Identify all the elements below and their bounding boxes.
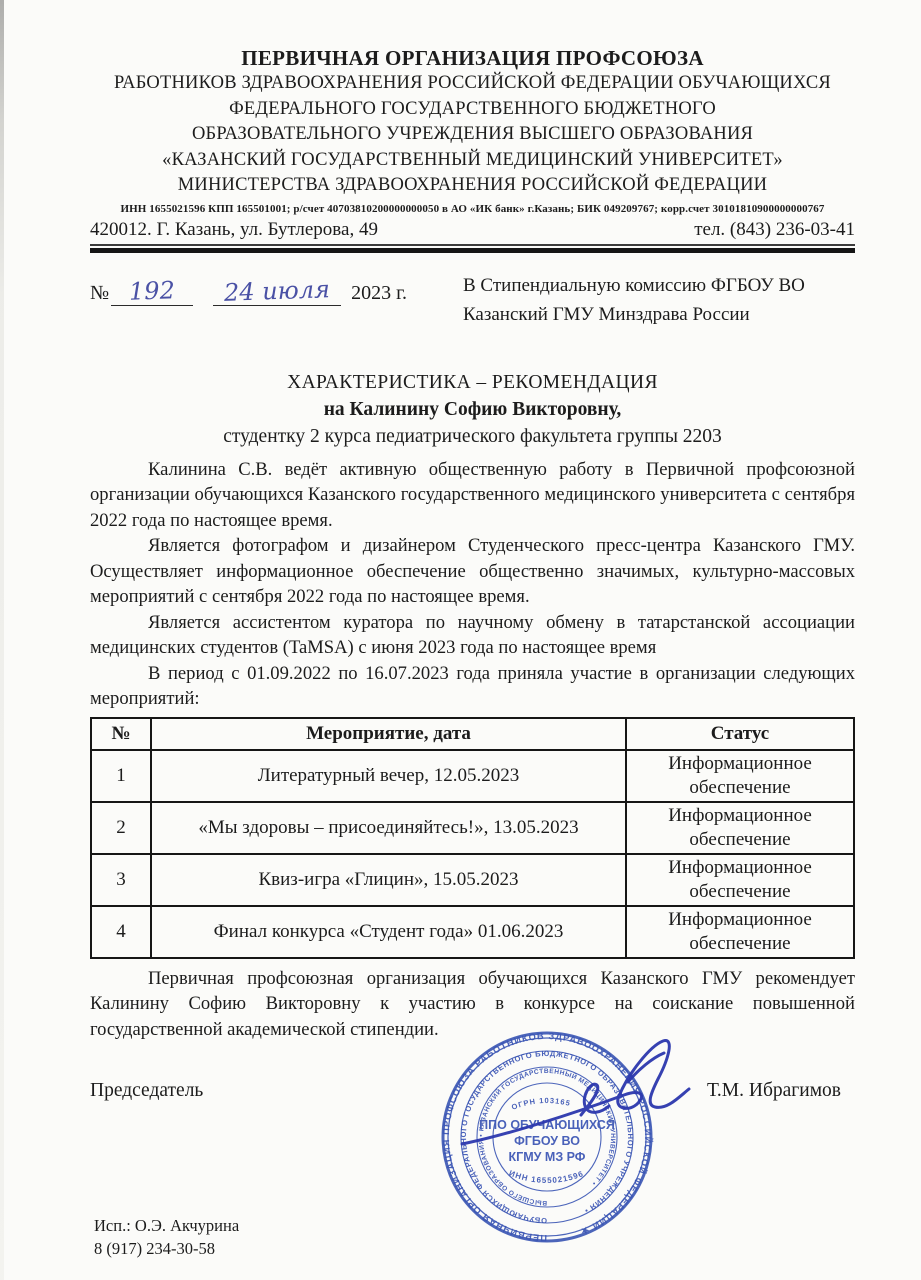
addressee-line1: В Стипендиальную комиссию ФГБОУ ВО — [463, 271, 855, 300]
stamp-middle-ring-text: ОБУЧАЮЩИХСЯ ФЕДЕРАЛЬНОГО ГОСУДАРСТВЕННОГ… — [459, 1049, 635, 1225]
svg-text:ВЫСШЕГО ОБРАЗОВАНИЯ • КАЗАНСКИ: ВЫСШЕГО ОБРАЗОВАНИЯ • КАЗАНСКИЙ ГОСУДАРС… — [478, 1068, 617, 1206]
stamp-outer-ring-text: ПЕРВИЧНАЯ ОРГАНИЗАЦИЯ ПРОФСОЮЗА РАБОТНИК… — [441, 1031, 654, 1243]
org-name-line5: «КАЗАНСКИЙ ГОСУДАРСТВЕННЫЙ МЕДИЦИНСКИЙ У… — [90, 148, 855, 174]
row3-status: Информационное обеспечение — [626, 854, 854, 906]
org-name-line6: МИНИСТЕРСТВА ЗДРАВООХРАНЕНИЯ РОССИЙСКОЙ … — [90, 173, 855, 199]
meta-row: №19224 июля2023 г. В Стипендиальную коми… — [90, 271, 855, 329]
round-stamp: ПЕРВИЧНАЯ ОРГАНИЗАЦИЯ ПРОФСОЮЗА РАБОТНИК… — [432, 1022, 742, 1262]
row1-event: Литературный вечер, 12.05.2023 — [151, 750, 626, 802]
events-table: № Мероприятие, дата Статус 1 Литературны… — [90, 717, 855, 959]
doc-date-handwritten: 24 июля — [224, 275, 331, 307]
paragraph-2: Является фотографом и дизайнером Студенч… — [90, 533, 855, 610]
title-line3: студентку 2 курса педиатрического факуль… — [90, 423, 855, 450]
signer-name: Т.М. Ибрагимов — [707, 1080, 841, 1102]
doc-year: 2023 г. — [351, 282, 407, 304]
number-prefix: № — [90, 282, 109, 304]
row2-number: 2 — [91, 802, 151, 854]
addressee-block: В Стипендиальную комиссию ФГБОУ ВО Казан… — [463, 271, 855, 329]
org-name-line1: ПЕРВИЧНАЯ ОРГАНИЗАЦИЯ ПРОФСОЮЗА — [90, 46, 855, 71]
executor-name: Исп.: О.Э. Акчурина — [94, 1214, 239, 1237]
row2-status: Информационное обеспечение — [626, 802, 854, 854]
title-line1: ХАРАКТЕРИСТИКА – РЕКОМЕНДАЦИЯ — [90, 369, 855, 396]
table-row: 3 Квиз-игра «Глицин», 15.05.2023 Информа… — [91, 854, 854, 906]
doc-number-group: №19224 июля2023 г. — [90, 271, 407, 329]
executor-phone: 8 (917) 234-30-58 — [94, 1237, 239, 1260]
row1-status: Информационное обеспечение — [626, 750, 854, 802]
paragraph-4: В период с 01.09.2022 по 16.07.2023 года… — [90, 661, 855, 712]
letterhead: ПЕРВИЧНАЯ ОРГАНИЗАЦИЯ ПРОФСОЮЗА РАБОТНИК… — [90, 46, 855, 253]
org-phone: тел. (843) 236-03-41 — [694, 218, 855, 241]
org-name-line2: РАБОТНИКОВ ЗДРАВООХРАНЕНИЯ РОССИЙСКОЙ ФЕ… — [90, 71, 855, 97]
bank-requisites: ИНН 1655021596 КПП 165501001; р/счет 407… — [90, 202, 855, 216]
svg-text:ИНН 1655021596: ИНН 1655021596 — [508, 1169, 585, 1185]
executor-footer: Исп.: О.Э. Акчурина 8 (917) 234-30-58 — [94, 1214, 239, 1260]
document-title: ХАРАКТЕРИСТИКА – РЕКОМЕНДАЦИЯ на Калинин… — [90, 369, 855, 450]
stamp-inn-text: ИНН 1655021596 — [508, 1169, 585, 1185]
header-status: Статус — [626, 718, 854, 750]
svg-text:ОБУЧАЮЩИХСЯ ФЕДЕРАЛЬНОГО ГОСУД: ОБУЧАЮЩИХСЯ ФЕДЕРАЛЬНОГО ГОСУДАРСТВЕННОГ… — [459, 1049, 635, 1225]
row4-event: Финал конкурса «Студент года» 01.06.2023 — [151, 906, 626, 958]
org-name-line3: ФЕДЕРАЛЬНОГО ГОСУДАРСТВЕННОГО БЮДЖЕТНОГО — [90, 97, 855, 123]
table-row: 4 Финал конкурса «Студент года» 01.06.20… — [91, 906, 854, 958]
stamp-inner-ring-text: ВЫСШЕГО ОБРАЗОВАНИЯ • КАЗАНСКИЙ ГОСУДАРС… — [478, 1068, 617, 1206]
paragraph-3: Является ассистентом куратора по научном… — [90, 610, 855, 661]
stamp-and-signature: ПЕРВИЧНАЯ ОРГАНИЗАЦИЯ ПРОФСОЮЗА РАБОТНИК… — [432, 1022, 742, 1262]
row4-status: Информационное обеспечение — [626, 906, 854, 958]
row1-number: 1 — [91, 750, 151, 802]
table-header-row: № Мероприятие, дата Статус — [91, 718, 854, 750]
org-name-line4: ОБРАЗОВАТЕЛЬНОГО УЧРЕЖДЕНИЯ ВЫСШЕГО ОБРА… — [90, 122, 855, 148]
header-event: Мероприятие, дата — [151, 718, 626, 750]
table-row: 2 «Мы здоровы – присоединяйтесь!», 13.05… — [91, 802, 854, 854]
row3-event: Квиз-игра «Глицин», 15.05.2023 — [151, 854, 626, 906]
stamp-center-line1: ППО ОБУЧАЮЩИХСЯ — [479, 1118, 615, 1132]
body-text: Калинина С.В. ведёт активную общественну… — [90, 457, 855, 712]
table-row: 1 Литературный вечер, 12.05.2023 Информа… — [91, 750, 854, 802]
closing-text: Первичная профсоюзная организация обучаю… — [90, 966, 855, 1043]
signer-position: Председатель — [90, 1080, 203, 1102]
stamp-center-line3: КГМУ МЗ РФ — [509, 1150, 586, 1164]
addressee-line2: Казанский ГМУ Минздрава России — [463, 300, 855, 329]
document-page: ПЕРВИЧНАЯ ОРГАНИЗАЦИЯ ПРОФСОЮЗА РАБОТНИК… — [0, 0, 921, 1260]
signature-ink — [462, 1041, 689, 1144]
svg-text:ПЕРВИЧНАЯ ОРГАНИЗАЦИЯ ПРОФСОЮЗ: ПЕРВИЧНАЯ ОРГАНИЗАЦИЯ ПРОФСОЮЗА РАБОТНИК… — [441, 1031, 654, 1243]
title-line2: на Калинину Софию Викторовну, — [90, 396, 855, 423]
doc-number-handwritten: 192 — [129, 276, 176, 306]
row3-number: 3 — [91, 854, 151, 906]
stamp-center-line2: ФГБОУ ВО — [514, 1134, 580, 1148]
org-address: 420012. Г. Казань, ул. Бутлерова, 49 — [90, 218, 378, 241]
row4-number: 4 — [91, 906, 151, 958]
stamp-ogrn-text: ОГРН 103165 — [510, 1096, 572, 1112]
paragraph-5: Первичная профсоюзная организация обучаю… — [90, 966, 855, 1043]
letterhead-divider — [90, 244, 855, 253]
header-number: № — [91, 718, 151, 750]
paragraph-1: Калинина С.В. ведёт активную общественну… — [90, 457, 855, 534]
svg-text:ОГРН 103165: ОГРН 103165 — [510, 1096, 572, 1112]
row2-event: «Мы здоровы – присоединяйтесь!», 13.05.2… — [151, 802, 626, 854]
